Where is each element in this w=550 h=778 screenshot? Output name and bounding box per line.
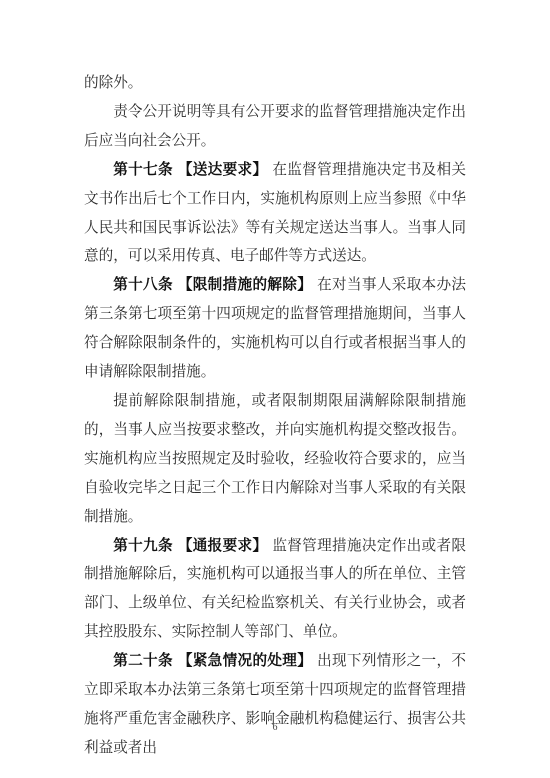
article-number: 第十七条	[113, 161, 173, 178]
article-19: 第十九条 【通报要求】 监督管理措施决定作出或者限制措施解除后，实施机构可以通报…	[84, 532, 466, 648]
article-20: 第二十条 【紧急情况的处理】 出现下列情形之一，不立即采取本办法第三条第七项至第…	[84, 647, 466, 763]
document-page: 的除外。 责令公开说明等具有公开要求的监督管理措施决定作出后应当向社会公开。 第…	[0, 0, 550, 778]
paragraph-public-disclosure: 责令公开说明等具有公开要求的监督管理措施决定作出后应当向社会公开。	[84, 98, 466, 156]
paragraph-early-release: 提前解除限制措施，或者限制期限届满解除限制措施的，当事人应当按要求整改，并向实施…	[84, 387, 466, 532]
paragraph-text: 的除外。	[84, 74, 142, 91]
page-number: 6	[0, 722, 550, 733]
article-number: 第十八条	[113, 276, 173, 293]
article-number: 第二十条	[113, 652, 173, 669]
paragraph-continuation: 的除外。	[84, 69, 466, 98]
document-body: 的除外。 责令公开说明等具有公开要求的监督管理措施决定作出后应当向社会公开。 第…	[84, 69, 466, 763]
article-heading: 【送达要求】	[178, 161, 268, 178]
paragraph-text: 提前解除限制措施，或者限制期限届满解除限制措施的，当事人应当按要求整改，并向实施…	[84, 392, 466, 525]
article-number: 第十九条	[113, 537, 173, 554]
article-18: 第十八条 【限制措施的解除】 在对当事人采取本办法第三条第七项至第十四项规定的监…	[84, 271, 466, 387]
paragraph-text: 责令公开说明等具有公开要求的监督管理措施决定作出后应当向社会公开。	[84, 103, 466, 149]
article-heading: 【通报要求】	[178, 537, 268, 554]
article-heading: 【限制措施的解除】	[178, 276, 312, 293]
article-heading: 【紧急情况的处理】	[178, 652, 312, 669]
article-17: 第十七条 【送达要求】 在监督管理措施决定书及相关文书作出后七个工作日内，实施机…	[84, 156, 466, 272]
